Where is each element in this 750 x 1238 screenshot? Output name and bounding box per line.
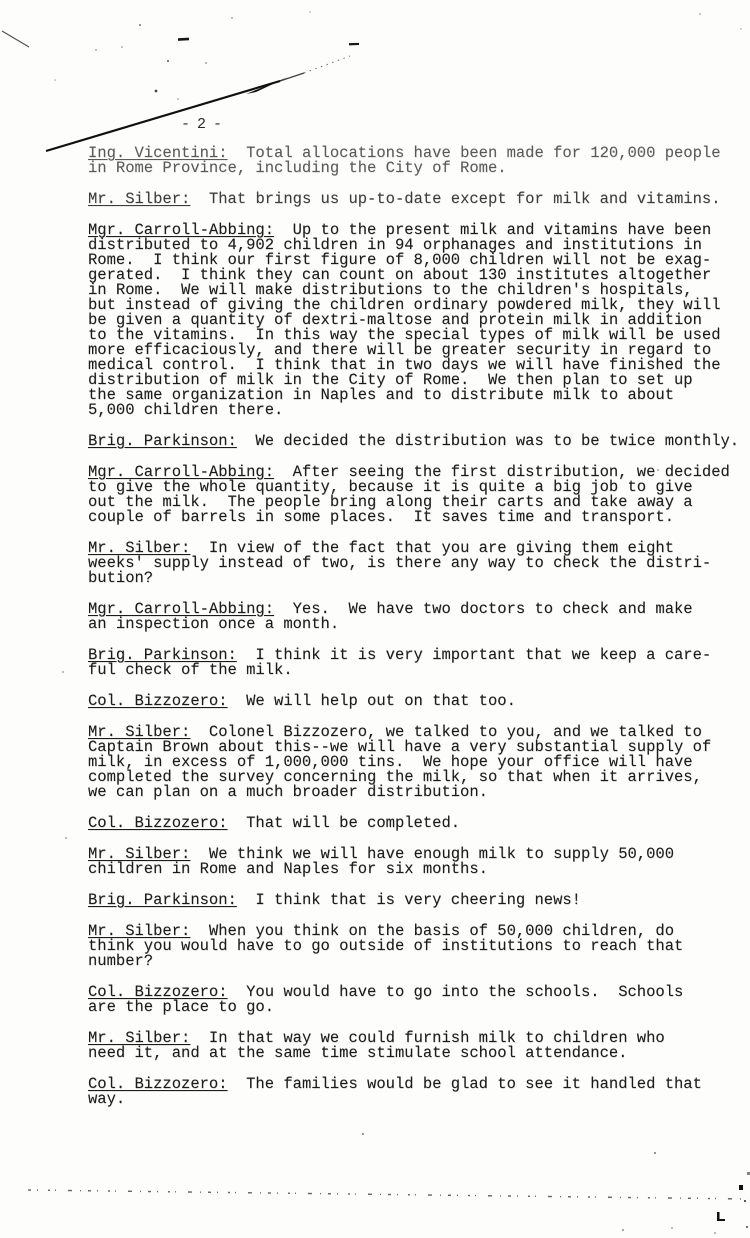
- speaker-name: Mr. Silber:: [88, 190, 190, 208]
- page-number: - 2 -: [181, 116, 221, 133]
- speaker-name: Brig. Parkinson:: [88, 432, 237, 450]
- dialogue-paragraph: Col. Bizzozero: We will help out on that…: [88, 694, 750, 709]
- margin-dash-marks: [178, 38, 359, 46]
- transcript-body: Ing. Vicentini: Total allocations have b…: [88, 146, 750, 1123]
- dialogue-paragraph: Mr. Silber: We think we will have enough…: [88, 847, 750, 877]
- dialogue-paragraph: Mgr. Carroll-Abbing: Up to the present m…: [88, 223, 750, 418]
- dialogue-paragraph: Mr. Silber: Colonel Bizzozero, we talked…: [88, 725, 750, 800]
- dialogue-paragraph: Mgr. Carroll-Abbing: Yes. We have two do…: [88, 602, 750, 632]
- dialogue-paragraph: Mr. Silber: That brings us up-to-date ex…: [88, 192, 750, 207]
- speech-text: I think that is very cheering news!: [237, 891, 581, 909]
- speech-text: We will help out on that too.: [228, 692, 516, 710]
- dialogue-paragraph: Col. Bizzozero: That will be completed.: [88, 816, 750, 831]
- speech-text: Up to the present milk and vitamins have…: [88, 221, 721, 419]
- pen-stroke-mark: [2, 31, 350, 151]
- speaker-name: Col. Bizzozero:: [88, 814, 228, 832]
- dialogue-paragraph: Brig. Parkinson: We decided the distribu…: [88, 434, 750, 449]
- speech-text: That will be completed.: [228, 814, 461, 832]
- speaker-name: Col. Bizzozero:: [88, 692, 228, 710]
- dialogue-paragraph: Mr. Silber: When you think on the basis …: [88, 924, 750, 969]
- dialogue-paragraph: Col. Bizzozero: You would have to go int…: [88, 985, 750, 1015]
- dialogue-paragraph: Ing. Vicentini: Total allocations have b…: [88, 146, 750, 176]
- speech-text: That brings us up-to-date except for mil…: [190, 190, 720, 208]
- dialogue-paragraph: Col. Bizzozero: The families would be gl…: [88, 1077, 750, 1107]
- speech-text: We decided the distribution was to be tw…: [237, 432, 739, 450]
- dialogue-paragraph: Mr. Silber: In that way we could furnish…: [88, 1031, 750, 1061]
- dialogue-paragraph: Brig. Parkinson: I think that is very ch…: [88, 893, 750, 908]
- dialogue-paragraph: Mr. Silber: In view of the fact that you…: [88, 541, 750, 586]
- dialogue-paragraph: Brig. Parkinson: I think it is very impo…: [88, 648, 750, 678]
- dialogue-paragraph: Mgr. Carroll-Abbing: After seeing the fi…: [88, 465, 750, 525]
- speaker-name: Brig. Parkinson:: [88, 891, 237, 909]
- bottom-dotted-scan-line: [28, 1172, 750, 1228]
